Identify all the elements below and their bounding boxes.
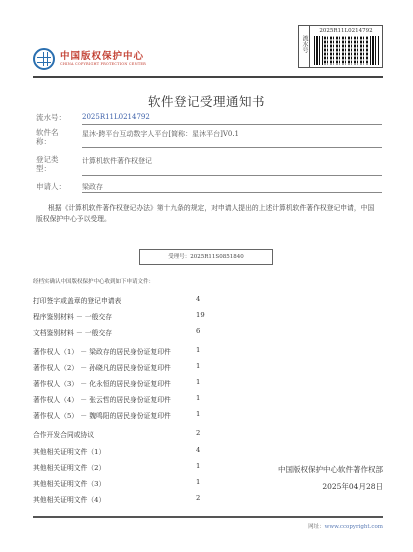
barcode-icon [314, 36, 379, 65]
logo-chinese-name: 中国版权保护中心 [60, 51, 146, 62]
barcode-number: 2025R11L0214792 [319, 27, 372, 35]
file-row: 其他相关证明文件（2）1 [33, 462, 218, 478]
file-row: 合作开发合同或协议2 [33, 429, 218, 445]
file-row: 著作权人（4） － 张云哲的居民身份证复印件1 [33, 394, 218, 410]
field-label-serial: 流水号： [36, 113, 76, 122]
website-link[interactable]: www.ccopyright.com [325, 524, 383, 530]
website-label: 网址： [308, 524, 325, 530]
file-list-caption: 经档实确认中国版权保护中心收到如下申请文件： [33, 277, 154, 285]
cpcc-logo: 中国版权保护中心 CHINA COPYRIGHT PROTECTION CENT… [33, 48, 146, 70]
file-row: 其他相关证明文件（3）1 [33, 478, 218, 494]
file-row: 文档鉴别材料 － 一般交存6 [33, 327, 218, 343]
acceptance-paragraph: 根据《计算机软件著作权登记办法》第十九条的规定，对申请人提出的上述计算机软件著作… [36, 203, 381, 225]
serial-barcode-box: 流水号 2025R11L0214792 [298, 25, 383, 68]
acceptance-number-box: 受理号：2025R11S0851840 [139, 249, 273, 265]
field-underline [82, 175, 382, 176]
field-label-software-name: 软件名称： [36, 128, 64, 146]
logo-english-name: CHINA COPYRIGHT PROTECTION CENTER [60, 62, 146, 67]
signature-org: 中国版权保护中心软件著作权部 [278, 464, 383, 475]
barcode-side-label: 流水号 [299, 26, 310, 67]
field-underline [82, 124, 382, 125]
field-underline [82, 192, 382, 193]
file-row: 其他相关证明文件（4）2 [33, 494, 218, 510]
file-row: 著作权人（3） － 化永恒的居民身份证复印件1 [33, 378, 218, 394]
signature-date: 2025年04月28日 [322, 481, 383, 492]
field-value-registration-type: 计算机软件著作权登记 [82, 156, 152, 166]
cpcc-emblem-icon [33, 48, 55, 70]
file-row: 著作权人（2） － 孙晓凡的居民身份证复印件1 [33, 362, 218, 378]
file-row: 程序鉴别材料 － 一般交存19 [33, 311, 218, 327]
field-label-applicant: 申请人： [36, 182, 76, 191]
file-row: 打印签字或盖章的登记申请表4 [33, 295, 218, 311]
footer-website: 网址：www.ccopyright.com [308, 522, 383, 530]
field-underline [82, 147, 382, 148]
footer-divider [33, 516, 383, 518]
field-label-registration-type: 登记类型： [36, 155, 64, 173]
file-row: 著作权人（1） － 梁政存的居民身份证复印件1 [33, 346, 218, 362]
field-value-applicant: 梁政存 [82, 182, 103, 192]
header-divider [33, 76, 383, 78]
page-title: 软件登记受理通知书 [0, 92, 413, 110]
field-value-software-name: 星沐-跨平台互动数字人平台[简称：星沐平台]V0.1 [82, 129, 239, 139]
file-row: 其他相关证明文件（1）4 [33, 446, 218, 462]
field-value-serial: 2025R11L0214792 [82, 113, 150, 121]
file-row: 著作权人（5） － 魏鸣阳的居民身份证复印件1 [33, 410, 218, 426]
